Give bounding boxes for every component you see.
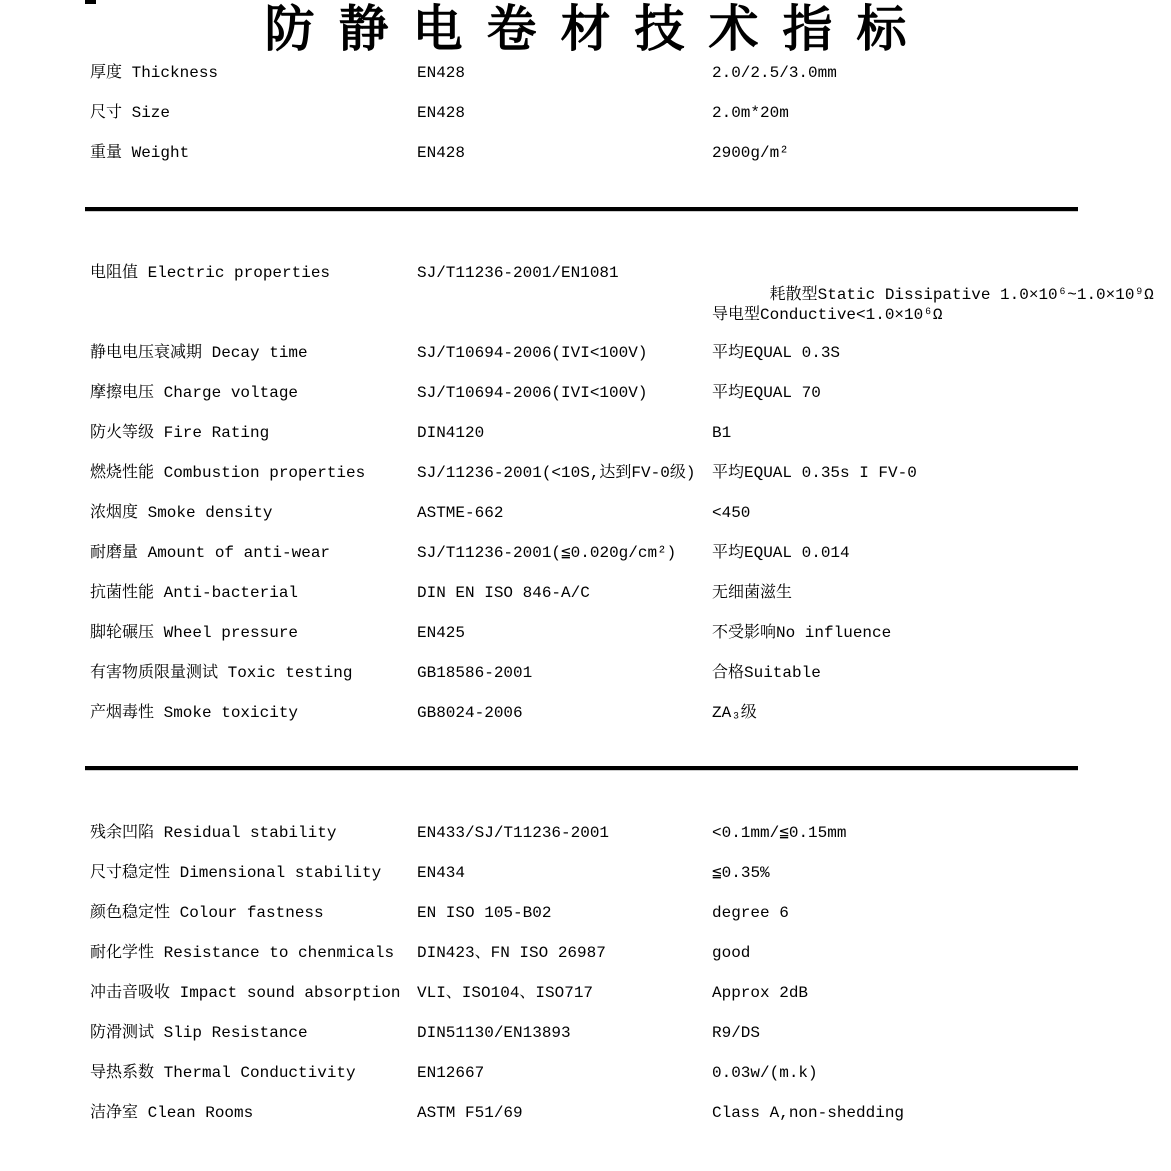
table-row: 厚度 Thickness EN428 2.0/2.5/3.0mm [0, 62, 1171, 84]
spec-standard: EN434 [417, 862, 465, 884]
spec-standard: DIN4120 [417, 422, 484, 444]
table-row: 耐化学性 Resistance to chenmicals DIN423、FN … [0, 942, 1171, 964]
spec-name: 导热系数 Thermal Conductivity [90, 1062, 356, 1084]
spec-value: 不受影响No influence [712, 622, 891, 644]
spec-name: 尺寸 Size [90, 102, 170, 124]
spec-standard: EN ISO 105-B02 [417, 902, 551, 924]
spec-value: 平均EQUAL 0.3S [712, 342, 840, 364]
spec-value: 无细菌滋生 [712, 582, 792, 604]
spec-standard: DIN EN ISO 846-A/C [417, 582, 590, 604]
spec-name: 耐磨量 Amount of anti-wear [90, 542, 330, 564]
table-row: 残余凹陷 Residual stability EN433/SJ/T11236-… [0, 822, 1171, 844]
spec-standard: EN428 [417, 102, 465, 124]
table-row: 燃烧性能 Combustion properties SJ/11236-2001… [0, 462, 1171, 484]
table-row: 抗菌性能 Anti-bacterial DIN EN ISO 846-A/C 无… [0, 582, 1171, 604]
spec-value-line2: 导电型Conductive<1.0×10⁶Ω [712, 304, 942, 326]
spec-name: 电阻值 Electric properties [90, 262, 330, 284]
spec-value: B1 [712, 422, 731, 444]
table-row: 产烟毒性 Smoke toxicity GB8024-2006 ZA₃级 [0, 702, 1171, 724]
spec-standard: GB18586-2001 [417, 662, 532, 684]
page-title: 防静电卷材技术指标 [0, 0, 1171, 58]
spec-standard: SJ/T11236-2001/EN1081 [417, 262, 619, 284]
spec-value: 0.03w/(m.k) [712, 1062, 818, 1084]
table-row: 重量 Weight EN428 2900g/m² [0, 142, 1171, 164]
spec-name: 洁净室 Clean Rooms [90, 1102, 253, 1124]
spec-standard: EN12667 [417, 1062, 484, 1084]
spec-name: 摩擦电压 Charge voltage [90, 382, 298, 404]
spec-name: 浓烟度 Smoke density [90, 502, 272, 524]
table-row: 颜色稳定性 Colour fastness EN ISO 105-B02 deg… [0, 902, 1171, 924]
table-row: 摩擦电压 Charge voltage SJ/T10694-2006(IVI<1… [0, 382, 1171, 404]
spec-sheet-page: 防静电卷材技术指标 厚度 Thickness EN428 2.0/2.5/3.0… [0, 0, 1171, 1171]
spec-value: 平均EQUAL 0.35s I FV-0 [712, 462, 917, 484]
table-row: 导热系数 Thermal Conductivity EN12667 0.03w/… [0, 1062, 1171, 1084]
table-row: 脚轮碾压 Wheel pressure EN425 不受影响No influen… [0, 622, 1171, 644]
table-row: 尺寸稳定性 Dimensional stability EN434 ≦0.35% [0, 862, 1171, 884]
spec-name: 防滑测试 Slip Resistance [90, 1022, 308, 1044]
table-row: 防火等级 Fire Rating DIN4120 B1 [0, 422, 1171, 444]
table-row: 电阻值 Electric properties SJ/T11236-2001/E… [0, 262, 1171, 284]
spec-value: 耗散型Static Dissipative 1.0×10⁶~1.0×10⁹Ω 导… [712, 262, 1154, 350]
section-divider [85, 766, 1078, 771]
spec-standard: SJ/11236-2001(<10S,达到FV-0级) [417, 462, 695, 484]
spec-name: 颜色稳定性 Colour fastness [90, 902, 324, 924]
spec-name: 抗菌性能 Anti-bacterial [90, 582, 298, 604]
spec-standard: GB8024-2006 [417, 702, 523, 724]
table-row: 浓烟度 Smoke density ASTME-662 <450 [0, 502, 1171, 524]
spec-value: good [712, 942, 750, 964]
spec-value: <0.1mm/≦0.15mm [712, 822, 846, 844]
spec-standard: ASTM F51/69 [417, 1102, 523, 1124]
spec-name: 防火等级 Fire Rating [90, 422, 269, 444]
spec-value: 2900g/m² [712, 142, 789, 164]
spec-name: 尺寸稳定性 Dimensional stability [90, 862, 381, 884]
spec-standard: EN428 [417, 62, 465, 84]
spec-value: ZA₃级 [712, 702, 757, 724]
spec-standard: EN433/SJ/T11236-2001 [417, 822, 609, 844]
spec-value: 2.0m*20m [712, 102, 789, 124]
spec-value: R9/DS [712, 1022, 760, 1044]
spec-name: 残余凹陷 Residual stability [90, 822, 336, 844]
spec-name: 有害物质限量测试 Toxic testing [90, 662, 352, 684]
spec-standard: SJ/T10694-2006(IVI<100V) [417, 382, 647, 404]
spec-standard: EN425 [417, 622, 465, 644]
table-row: 静电电压衰减期 Decay time SJ/T10694-2006(IVI<10… [0, 342, 1171, 364]
spec-value: 2.0/2.5/3.0mm [712, 62, 837, 84]
spec-value: 平均EQUAL 70 [712, 382, 821, 404]
spec-standard: ASTME-662 [417, 502, 503, 524]
spec-value: degree 6 [712, 902, 789, 924]
spec-standard: SJ/T10694-2006(IVI<100V) [417, 342, 647, 364]
spec-standard: SJ/T11236-2001(≦0.020g/cm²) [417, 542, 676, 564]
table-row: 尺寸 Size EN428 2.0m*20m [0, 102, 1171, 124]
spec-standard: EN428 [417, 142, 465, 164]
spec-name: 冲击音吸收 Impact sound absorption [90, 982, 400, 1004]
table-row: 洁净室 Clean Rooms ASTM F51/69 Class A,non-… [0, 1102, 1171, 1124]
spec-name: 厚度 Thickness [90, 62, 218, 84]
spec-standard: VLI、ISO104、ISO717 [417, 982, 593, 1004]
spec-value: ≦0.35% [712, 862, 770, 884]
spec-name: 燃烧性能 Combustion properties [90, 462, 365, 484]
section-divider [85, 207, 1078, 212]
spec-name: 静电电压衰减期 Decay time [90, 342, 308, 364]
spec-value: 合格Suitable [712, 662, 821, 684]
spec-name: 产烟毒性 Smoke toxicity [90, 702, 298, 724]
spec-standard: DIN51130/EN13893 [417, 1022, 571, 1044]
table-row: 冲击音吸收 Impact sound absorption VLI、ISO104… [0, 982, 1171, 1004]
spec-name: 脚轮碾压 Wheel pressure [90, 622, 298, 644]
table-row: 有害物质限量测试 Toxic testing GB18586-2001 合格Su… [0, 662, 1171, 684]
spec-value: 平均EQUAL 0.014 [712, 542, 850, 564]
spec-value: Class A,non-shedding [712, 1102, 904, 1124]
table-row: 防滑测试 Slip Resistance DIN51130/EN13893 R9… [0, 1022, 1171, 1044]
spec-value: <450 [712, 502, 750, 524]
spec-name: 耐化学性 Resistance to chenmicals [90, 942, 394, 964]
spec-name: 重量 Weight [90, 142, 189, 164]
spec-value: Approx 2dB [712, 982, 808, 1004]
spec-value-line1: 耗散型Static Dissipative 1.0×10⁶~1.0×10⁹Ω [770, 286, 1154, 304]
spec-standard: DIN423、FN ISO 26987 [417, 942, 606, 964]
table-row: 耐磨量 Amount of anti-wear SJ/T11236-2001(≦… [0, 542, 1171, 564]
